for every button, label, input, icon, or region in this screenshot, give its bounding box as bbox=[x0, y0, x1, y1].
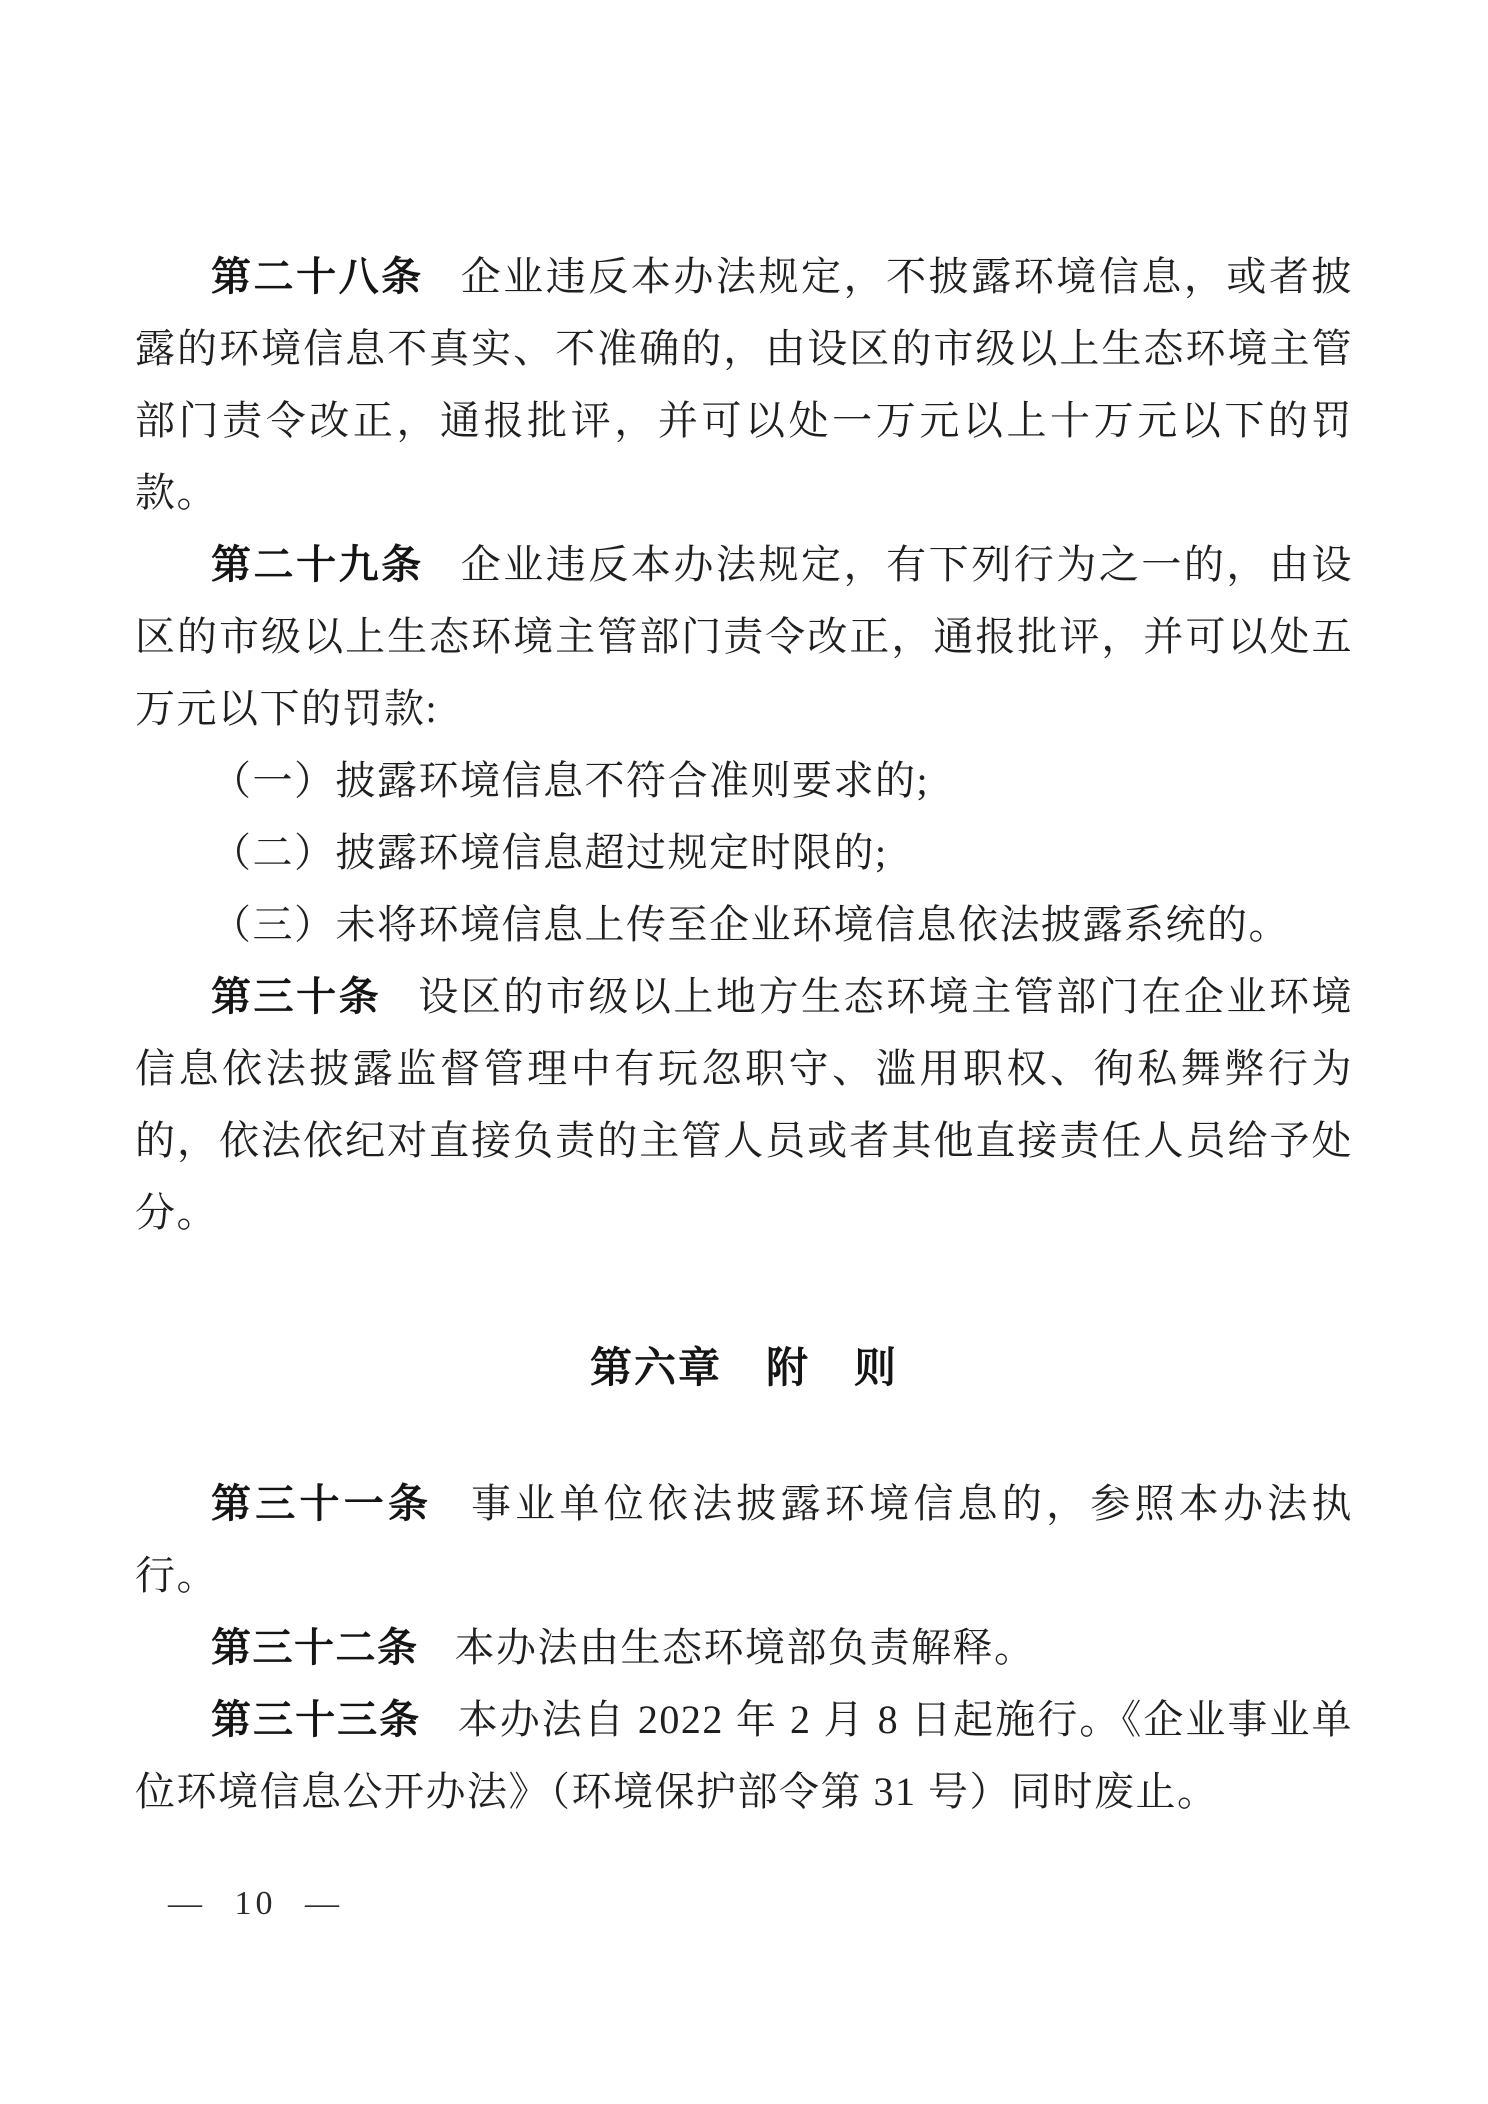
list-item: （三）未将环境信息上传至企业环境信息依法披露系统的。 bbox=[135, 889, 1353, 961]
document-body: 第二十八条企业违反本办法规定，不披露环境信息，或者披露的环境信息不真实、不准确的… bbox=[135, 241, 1353, 1828]
article-number: 第三十一条 bbox=[211, 1481, 468, 1526]
list-item: （一）披露环境信息不符合准则要求的; bbox=[135, 745, 1353, 817]
list-item-text: （三）未将环境信息上传至企业环境信息依法披露系统的。 bbox=[211, 902, 1290, 947]
page-number: — 10 — bbox=[168, 1884, 343, 1924]
list-item-text: （二）披露环境信息超过规定时限的; bbox=[211, 830, 888, 875]
list-item-text: （一）披露环境信息不符合准则要求的; bbox=[211, 758, 929, 803]
chapter-heading: 第六章 附 则 bbox=[135, 1333, 1353, 1405]
article-paragraph: 第三十条设区的市级以上地方生态环境主管部门在企业环境信息依法披露监督管理中有玩忽… bbox=[135, 961, 1353, 1249]
article-paragraph: 第三十二条本办法由生态环境部负责解释。 bbox=[135, 1612, 1353, 1684]
article-number: 第三十条 bbox=[211, 974, 417, 1019]
list-item: （二）披露环境信息超过规定时限的; bbox=[135, 817, 1353, 889]
article-number: 第二十八条 bbox=[211, 254, 460, 299]
article-number: 第二十九条 bbox=[211, 542, 460, 587]
document-page: 第二十八条企业违反本办法规定，不披露环境信息，或者披露的环境信息不真实、不准确的… bbox=[0, 0, 1488, 2104]
article-paragraph: 第三十一条事业单位依法披露环境信息的，参照本办法执行。 bbox=[135, 1468, 1353, 1612]
article-number: 第三十三条 bbox=[211, 1697, 457, 1742]
article-paragraph: 第二十九条企业违反本办法规定，有下列行为之一的，由设区的市级以上生态环境主管部门… bbox=[135, 529, 1353, 745]
article-paragraph: 第三十三条本办法自 2022 年 2 月 8 日起施行。《企业事业单位环境信息公… bbox=[135, 1684, 1353, 1828]
article-text: 本办法由生态环境部负责解释。 bbox=[455, 1625, 1036, 1670]
article-number: 第三十二条 bbox=[211, 1625, 455, 1670]
article-paragraph: 第二十八条企业违反本办法规定，不披露环境信息，或者披露的环境信息不真实、不准确的… bbox=[135, 241, 1353, 529]
